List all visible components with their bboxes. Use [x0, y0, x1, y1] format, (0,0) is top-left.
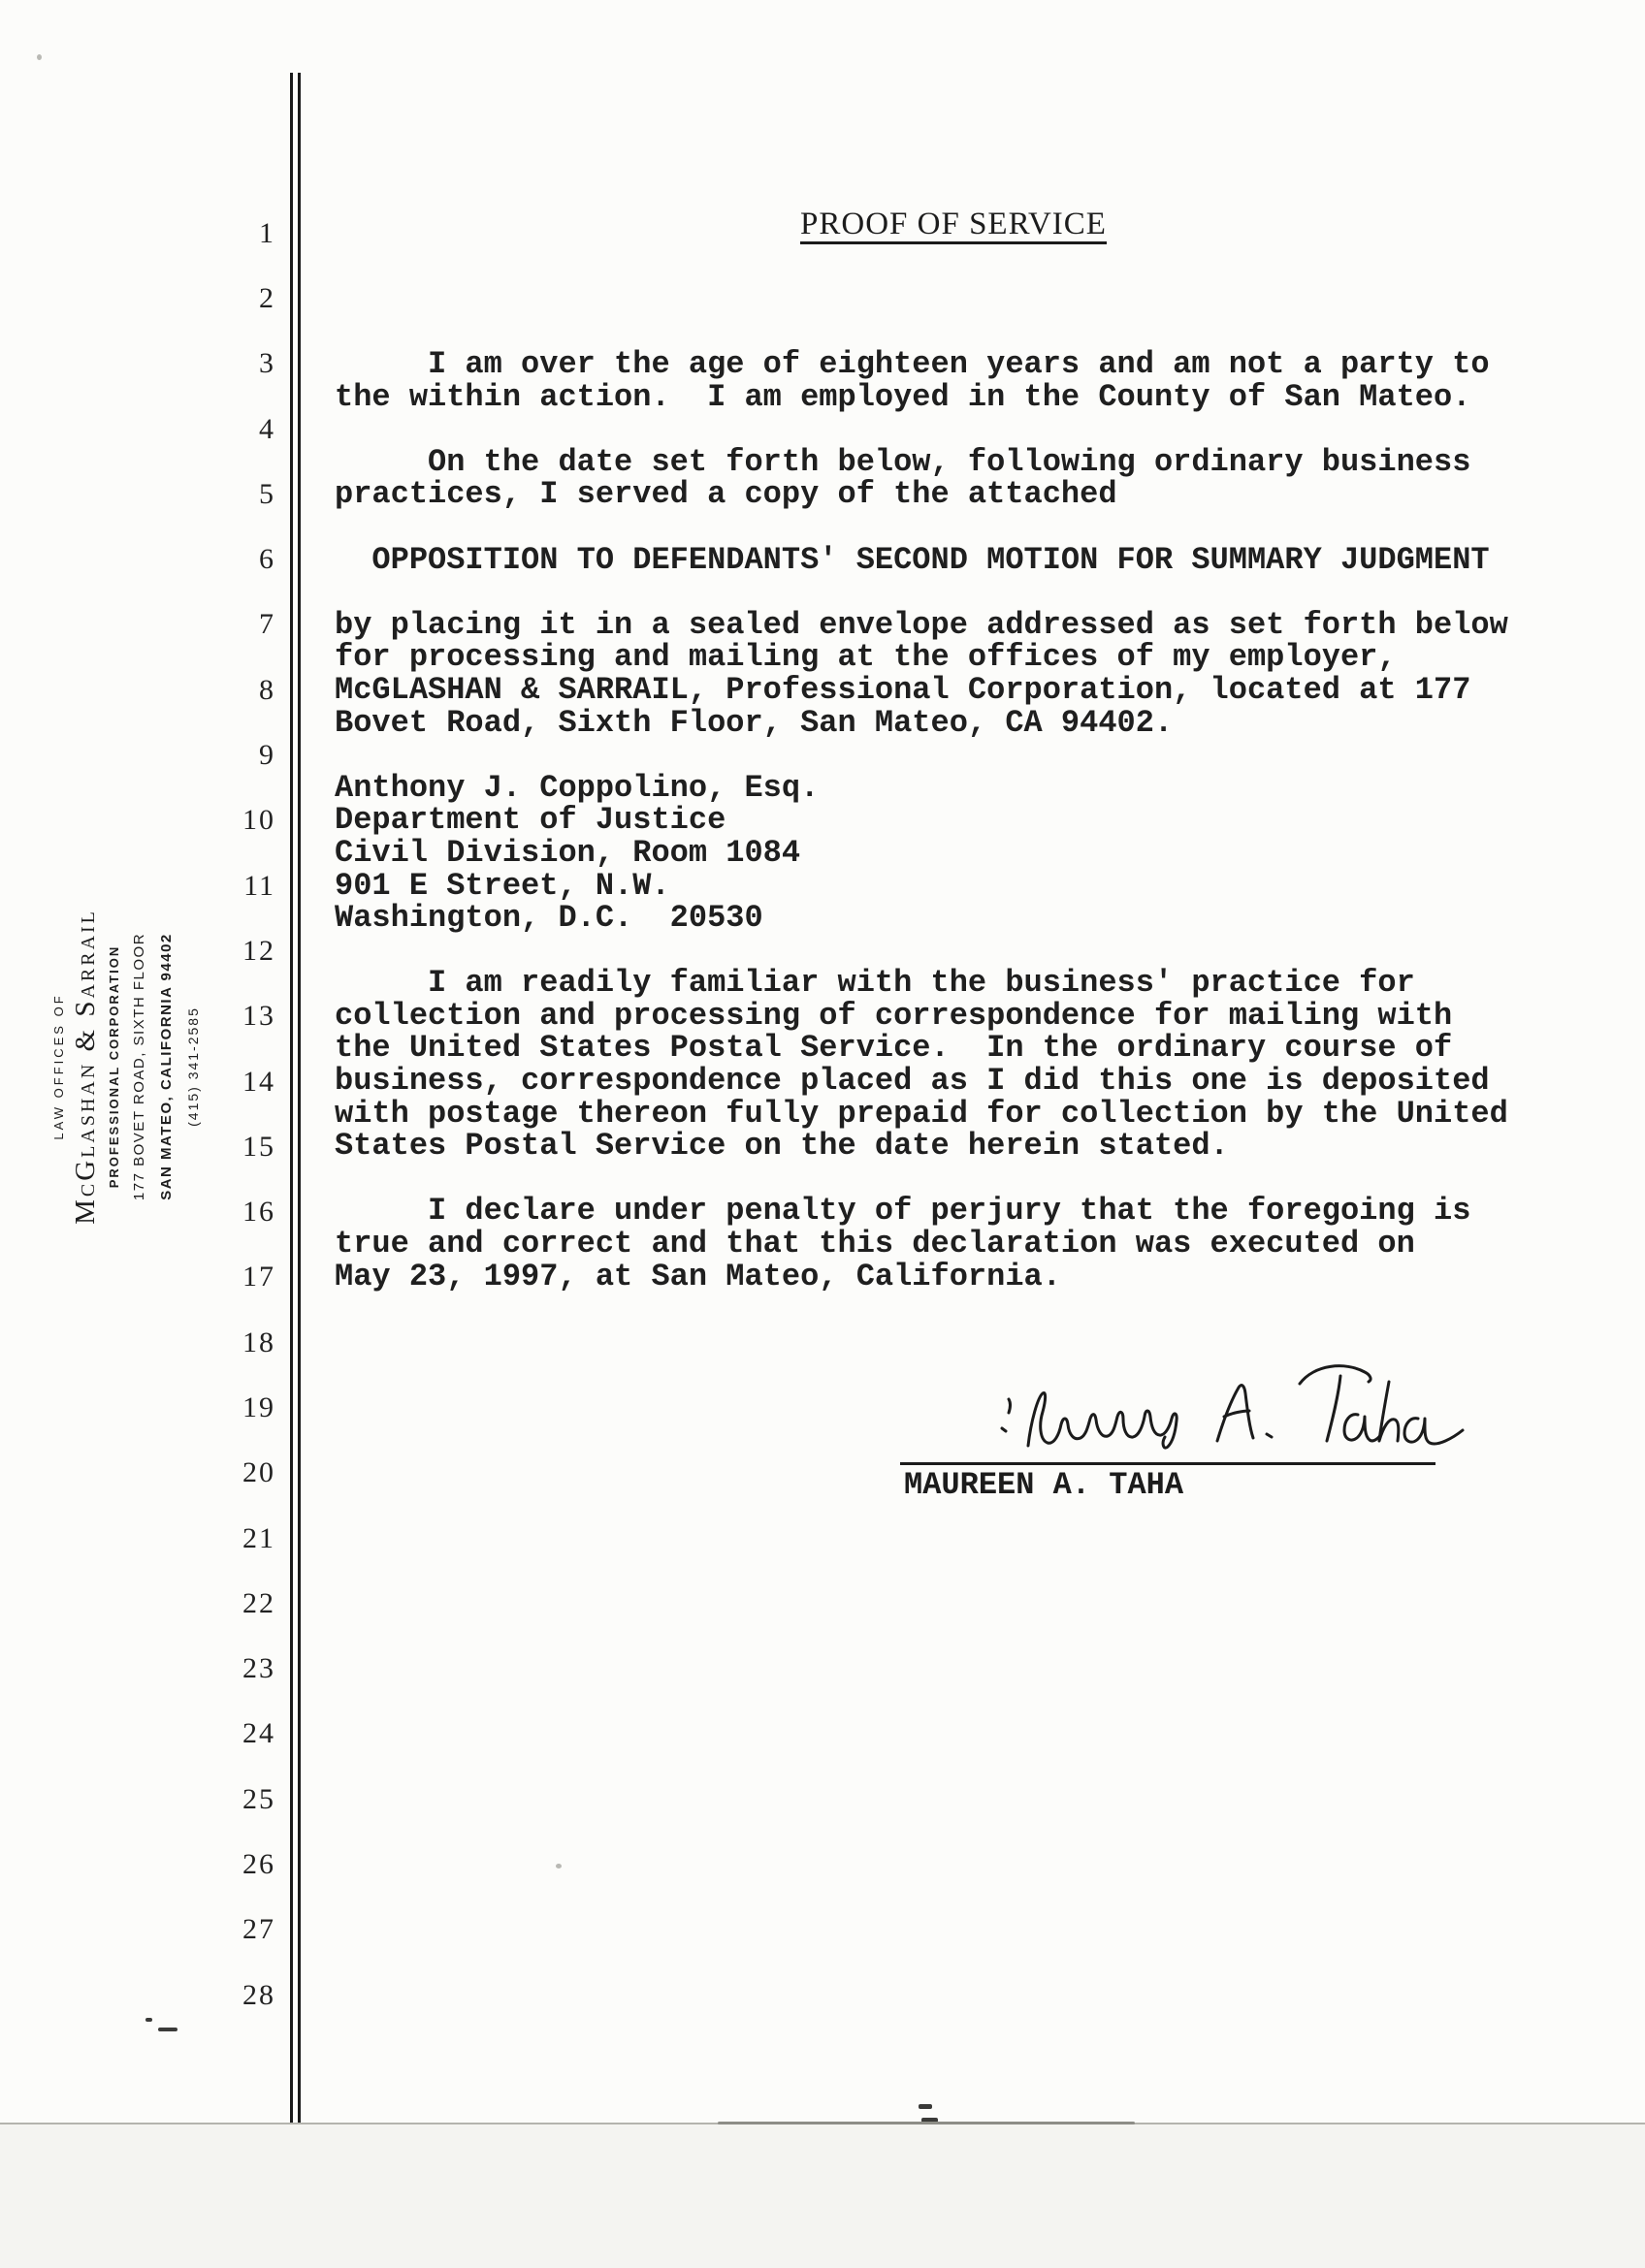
paragraph-declarant: I am over the age of eighteen years and …: [335, 348, 1508, 413]
line-number: 12: [217, 918, 279, 983]
line-number: 4: [217, 397, 279, 462]
letterhead-offices: LAW OFFICES OF: [50, 858, 68, 1275]
line-number: 27: [217, 1898, 279, 1963]
scan-mark-left-tick: [145, 2018, 152, 2022]
line-number: 28: [217, 1963, 279, 2028]
pleading-rule-inner: [298, 73, 301, 2123]
line-number: 17: [217, 1245, 279, 1310]
line-number: 14: [217, 1049, 279, 1114]
line-number: 7: [217, 592, 279, 657]
line-number: 13: [217, 984, 279, 1049]
line-number: 5: [217, 462, 279, 527]
pleading-rule-outer: [290, 73, 293, 2123]
line-number: 22: [217, 1571, 279, 1636]
line-number: 19: [217, 1375, 279, 1440]
scan-mark-bottom-dash-1: [919, 2104, 932, 2109]
line-number: 21: [217, 1506, 279, 1571]
line-number: 8: [217, 657, 279, 722]
letterhead-city: SAN MATEO, CALIFORNIA 94402: [153, 858, 180, 1275]
paragraph-perjury-declaration: I declare under penalty of perjury that …: [335, 1195, 1508, 1293]
line-number: 24: [217, 1702, 279, 1767]
signature-rule: [900, 1462, 1435, 1465]
line-number: 2: [217, 266, 279, 331]
paragraph-mailing: by placing it in a sealed envelope addre…: [335, 609, 1508, 739]
letterhead-corporation: PROFESSIONAL CORPORATION: [103, 858, 126, 1275]
letterhead-phone: (415) 341-2585: [180, 858, 206, 1275]
paragraph-service-date: On the date set forth below, following o…: [335, 446, 1508, 511]
line-number: 20: [217, 1441, 279, 1506]
scan-bottom-strip: [0, 2124, 1645, 2268]
scan-speck-top-left: [37, 54, 42, 60]
line-number: 11: [217, 853, 279, 918]
line-number: 26: [217, 1832, 279, 1897]
line-number: 1: [217, 201, 279, 266]
page-title: PROOF OF SERVICE: [800, 208, 1107, 244]
line-number: 6: [217, 527, 279, 591]
line-number: 23: [217, 1637, 279, 1702]
line-number: 3: [217, 332, 279, 397]
line-number: 10: [217, 788, 279, 853]
signature-typed-name: MAUREEN A. TAHA: [904, 1469, 1183, 1502]
letterhead-firm-name: McGlashan & Sarrail: [68, 858, 103, 1275]
line-number: 15: [217, 1114, 279, 1179]
service-address: Anthony J. Coppolino, Esq. Department of…: [335, 772, 1508, 935]
signature-script: [999, 1351, 1474, 1467]
motion-title: OPPOSITION TO DEFENDANTS' SECOND MOTION …: [335, 544, 1508, 577]
scan-mark-left-dash: [158, 2028, 177, 2031]
line-number: 16: [217, 1179, 279, 1244]
letterhead: LAW OFFICES OF McGlashan & Sarrail PROFE…: [50, 858, 208, 1275]
line-number: 25: [217, 1767, 279, 1832]
line-number: 18: [217, 1310, 279, 1375]
document-body: I am over the age of eighteen years and …: [335, 348, 1508, 1293]
paragraph-postal-practice: I am readily familiar with the business'…: [335, 967, 1508, 1163]
line-number: 9: [217, 722, 279, 787]
line-number-column: 1234567891011121314151617181920212223242…: [217, 201, 279, 2028]
pleading-page: LAW OFFICES OF McGlashan & Sarrail PROFE…: [0, 0, 1645, 2268]
scan-speck-lower: [556, 1864, 562, 1869]
letterhead-street: 177 BOVET ROAD, SIXTH FLOOR: [126, 858, 153, 1275]
